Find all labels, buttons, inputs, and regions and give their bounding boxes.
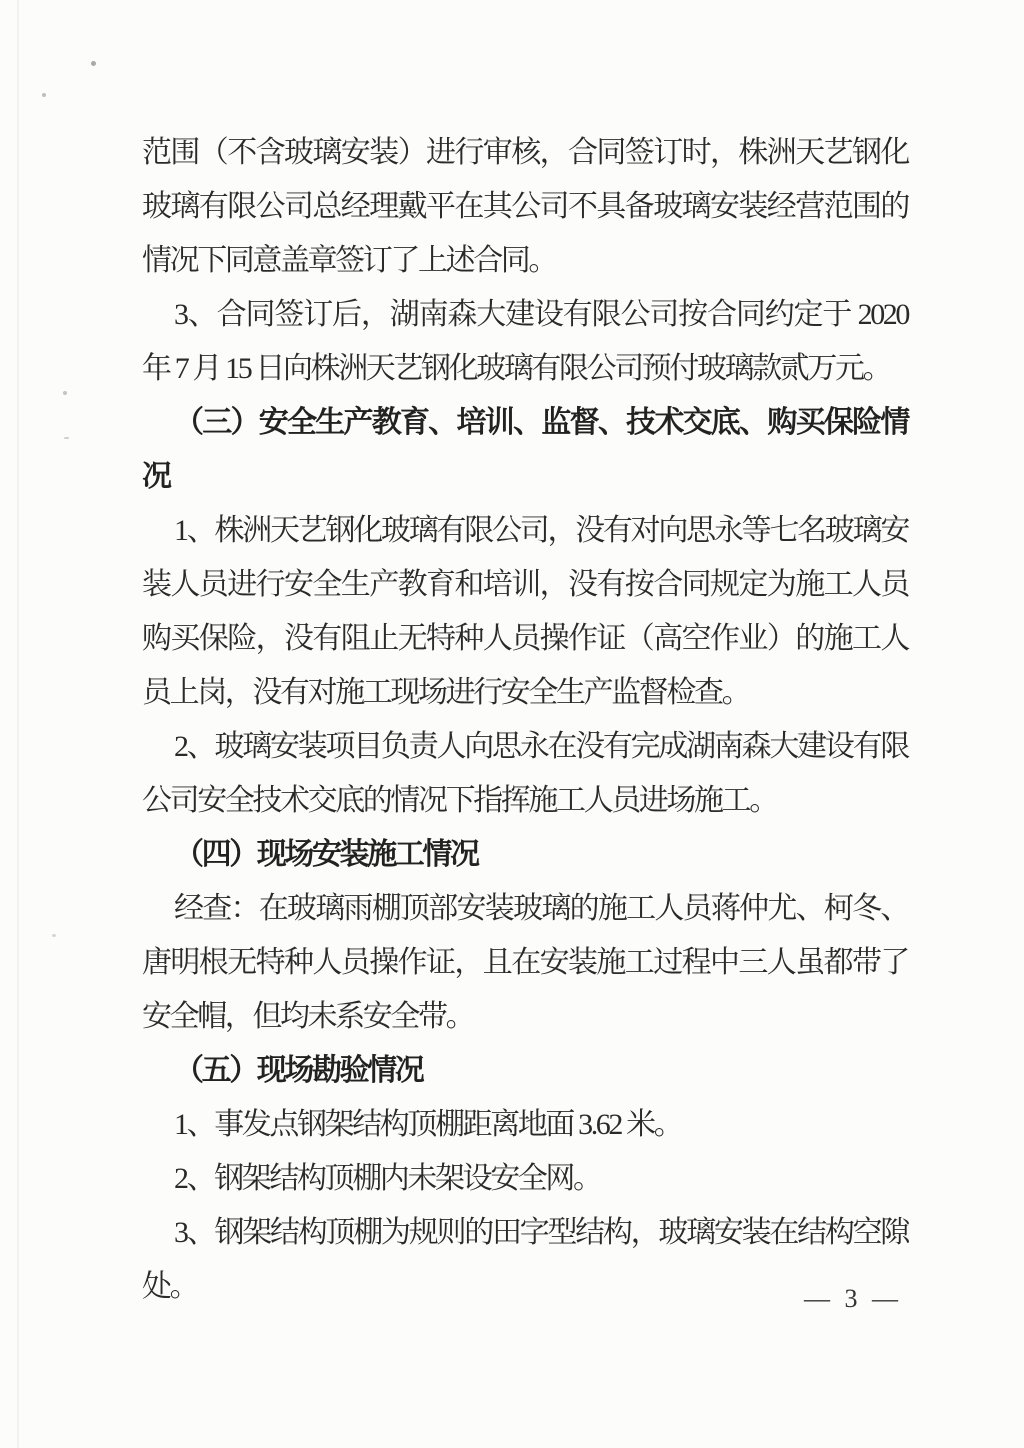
scan-speck (91, 61, 96, 66)
paragraph-item-3-prepayment: 3、合同签订后，湖南森大建设有限公司按合同约定于 2020 年 7 月 15 日… (142, 288, 908, 396)
scan-speck (63, 391, 67, 395)
paragraph-survey-item-1-height: 1、事发点钢架结构顶棚距离地面 3.62 米。 (142, 1098, 908, 1152)
scan-edge-shadow (17, 0, 19, 1448)
scan-speck (64, 437, 69, 439)
document-body: 范围（不含玻璃安装）进行审核，合同签订时，株洲天艺钢化玻璃有限公司总经理戴平在其… (142, 126, 908, 1314)
paragraph-site-installation-findings: 经查：在玻璃雨棚顶部安装玻璃的施工人员蒋仲尤、柯冬、唐明根无特种人员操作证，且在… (142, 882, 908, 1044)
paragraph-item-1-no-training-insurance: 1、株洲天艺钢化玻璃有限公司，没有对向思永等七名玻璃安装人员进行安全生产教育和培… (142, 504, 908, 720)
scan-speck (52, 934, 56, 937)
section-heading-three-safety-training: （三）安全生产教育、培训、监督、技术交底、购买保险情况 (142, 396, 908, 504)
section-heading-five-site-survey: （五）现场勘验情况 (142, 1044, 908, 1098)
paragraph-contract-audit-continuation: 范围（不含玻璃安装）进行审核，合同签订时，株洲天艺钢化玻璃有限公司总经理戴平在其… (142, 126, 908, 288)
paragraph-survey-item-3-grid-structure: 3、钢架结构顶棚为规则的田字型结构，玻璃安装在结构空隙处。 (142, 1206, 908, 1314)
document-page: 范围（不含玻璃安装）进行审核，合同签订时，株洲天艺钢化玻璃有限公司总经理戴平在其… (0, 0, 1024, 1448)
scan-speck (42, 93, 46, 97)
section-heading-four-site-installation: （四）现场安装施工情况 (142, 828, 908, 882)
page-number: — 3 — (804, 1284, 902, 1314)
paragraph-item-2-no-technical-briefing: 2、玻璃安装项目负责人向思永在没有完成湖南森大建设有限公司安全技术交底的情况下指… (142, 720, 908, 828)
paragraph-survey-item-2-no-safety-net: 2、钢架结构顶棚内未架设安全网。 (142, 1152, 908, 1206)
